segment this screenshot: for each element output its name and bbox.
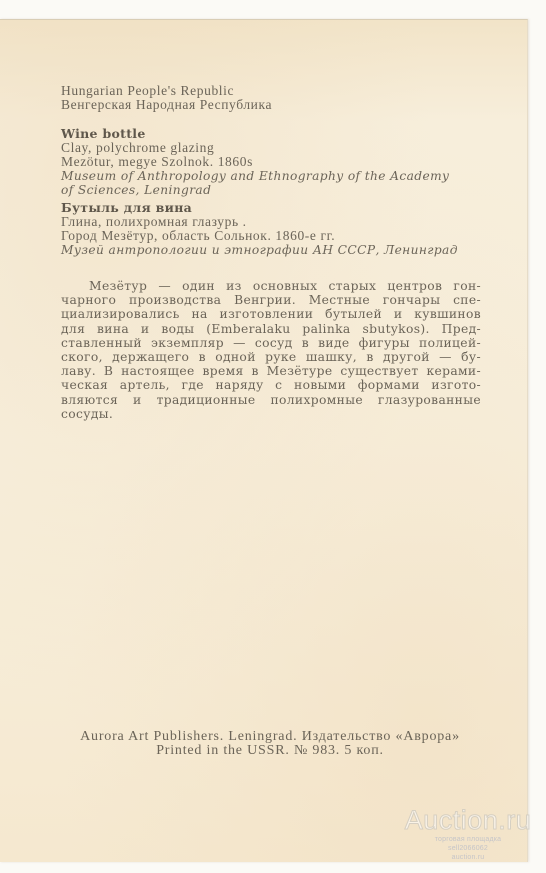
description-line: ческая артель, где наряду с новыми форма…	[61, 378, 481, 392]
description-line: Мезётур — один из основных старых центро…	[61, 279, 481, 293]
watermark-site: auction.ru	[392, 853, 544, 862]
publisher-imprint: Aurora Art Publishers. Leningrad. Издате…	[60, 730, 480, 758]
watermark-tagline: торговая площадка	[392, 835, 544, 844]
english-caption: Wine bottle Clay, polychrome glazing Mez…	[61, 127, 449, 197]
description-line: лаву. В настоящее время в Мезётуре сущес…	[61, 364, 481, 378]
museum-en-line1: Museum of Anthropology and Ethnography o…	[61, 169, 449, 183]
publisher-line: Aurora Art Publishers. Leningrad. Издате…	[60, 730, 480, 744]
auction-watermark: Auction.ru торговая площадка sell2066062…	[392, 805, 544, 862]
country-header: Hungarian People's Republic Венгерская Н…	[61, 84, 272, 112]
material-en: Clay, polychrome glazing	[61, 141, 449, 155]
description-line: для вина и воды (Emberalaku palinka sbut…	[61, 322, 481, 336]
museum-en-line2: of Sciences, Leningrad	[61, 183, 449, 197]
origin-en: Mezötur, megye Szolnok. 1860s	[61, 155, 449, 169]
material-ru: Глина, полихромная глазурь .	[61, 215, 458, 229]
origin-ru: Город Мезётур, область Сольнок. 1860-е г…	[61, 229, 458, 243]
printed-line: Printed in the USSR. № 983. 5 коп.	[60, 744, 480, 758]
description-line: чарного производства Венгрии. Местные го…	[61, 293, 481, 307]
description-line: вляются и традиционные полихромные глазу…	[61, 393, 481, 407]
country-name-en: Hungarian People's Republic	[61, 84, 272, 98]
scan-page: Hungarian People's Republic Венгерская Н…	[0, 0, 546, 873]
description-line: сосуды.	[61, 407, 481, 421]
description-line: циализировались на изготовлении бутылей …	[61, 307, 481, 321]
watermark-logo: Auction.ru	[392, 805, 544, 835]
country-name-ru: Венгерская Народная Республика	[61, 98, 272, 112]
watermark-seller-id: sell2066062	[392, 844, 544, 853]
object-title-ru: Бутыль для вина	[61, 201, 458, 215]
object-title-en: Wine bottle	[61, 127, 449, 141]
museum-ru: Музей антропологии и этнографии АН СССР,…	[61, 243, 458, 257]
russian-caption: Бутыль для вина Глина, полихромная глазу…	[61, 201, 458, 257]
description-line: ского, держащего в одной руке шашку, в д…	[61, 350, 481, 364]
description-paragraph: Мезётур — один из основных старых центро…	[61, 279, 481, 421]
description-line: ставленный экземпляр — сосуд в виде фигу…	[61, 336, 481, 350]
